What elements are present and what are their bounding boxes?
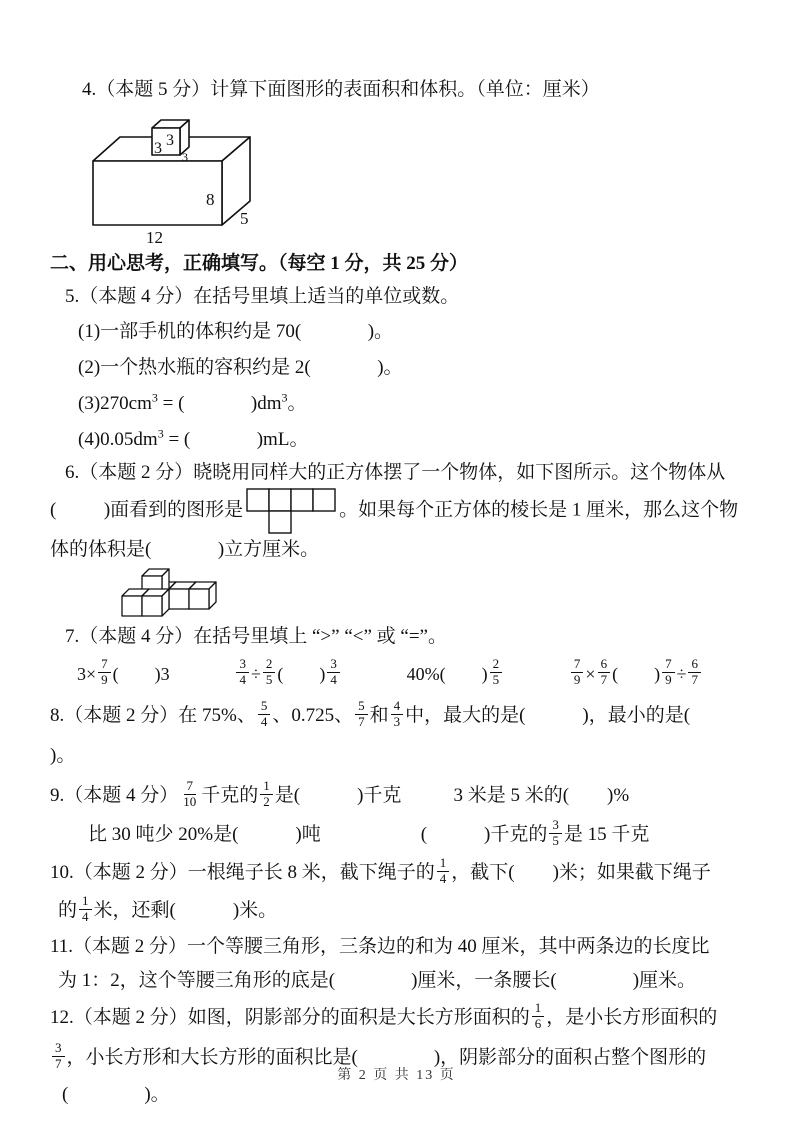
cube-front-label: 3 — [154, 140, 162, 157]
question-6-line-3: 体的体积是( )立方厘米。 — [50, 534, 748, 566]
question-9-line-2: 比 30 吨少 20%是( )吨( )千克的35是 15 千克 — [88, 816, 748, 854]
question-5-item-1: (1)一部手机的体积约是 70( )。 — [78, 314, 748, 350]
view-shape-figure — [246, 488, 336, 534]
fraction: 67 — [598, 657, 611, 688]
fraction: 54 — [258, 699, 271, 730]
comparison-item-4: 79×67( )79÷67 — [569, 659, 703, 690]
question-4-title: 4.（本题 5 分）计算下面图形的表面积和体积。（单位：厘米） — [82, 76, 748, 104]
view-square — [269, 511, 291, 533]
box-front-face — [93, 161, 222, 225]
section-2-text: 二、用心思考，正确填写。（每空 1 分，共 25 分） — [50, 253, 468, 274]
exam-page: 4.（本题 5 分）计算下面图形的表面积和体积。（单位：厘米） 3 3 3 — [0, 0, 793, 1122]
page-content: 4.（本题 5 分）计算下面图形的表面积和体积。（单位：厘米） 3 3 3 — [0, 0, 793, 1112]
comparison-item-1: 3×79( )3 — [77, 659, 170, 690]
box-depth-label: 5 — [240, 209, 249, 228]
question-5-item-2: (2)一个热水瓶的容积约是 2( )。 — [78, 350, 748, 386]
question-8: 8.（本题 2 分）在 75%、54、0.725、57和43中，最大的是( )，… — [50, 696, 748, 776]
box-width-label: 12 — [146, 228, 163, 247]
page-number-footer: 第 2 页 共 13 页 — [0, 1064, 793, 1084]
question-5-item-3: (3)270cm3 = ( )dm3。 — [78, 386, 748, 422]
question-7-title: 7.（本题 4 分）在括号里填上 “>” “<” 或 “=”。 — [65, 622, 748, 652]
question-12-line-1: 12.（本题 2 分）如图，阴影部分的面积是大长方形面积的16，是小长方形面积的 — [50, 998, 748, 1038]
fraction: 34 — [236, 657, 249, 688]
question-5-title: 5.（本题 4 分）在括号里填上适当的单位或数。 — [65, 280, 748, 314]
view-square — [313, 489, 335, 511]
fraction: 16 — [532, 1001, 545, 1032]
fraction: 34 — [327, 657, 340, 688]
cube-depth-label: 3 — [182, 150, 188, 164]
question-11-line-1: 11.（本题 2 分）一个等腰三角形，三条边的和为 40 厘米，其中两条边的长度… — [50, 930, 748, 964]
fraction: 57 — [355, 699, 368, 730]
front-cube-middle — [142, 589, 169, 616]
fraction: 25 — [263, 657, 276, 688]
back-cube-3 — [189, 582, 216, 609]
question-6-figure — [112, 568, 748, 620]
fraction: 12 — [260, 779, 273, 810]
fraction: 25 — [490, 657, 503, 688]
cube-top-label: 3 — [166, 132, 174, 149]
stacked-cubes-figure — [112, 568, 222, 620]
fraction: 79 — [98, 657, 111, 688]
fraction: 14 — [437, 856, 450, 887]
question-9-line-1: 9.（本题 4 分）710千克的12是( )千克3 米是 5 米的( )% — [50, 776, 748, 816]
question-11-line-2: 为 1：2，这个等腰三角形的底是( )厘米，一条腰长( )厘米。 — [58, 964, 748, 998]
fraction: 43 — [391, 699, 404, 730]
question-4-text: 4.（本题 5 分）计算下面图形的表面积和体积。（单位：厘米） — [82, 79, 600, 100]
fraction: 79 — [662, 657, 675, 688]
view-square — [269, 489, 291, 511]
view-square — [247, 489, 269, 511]
box-height-label: 8 — [206, 190, 215, 209]
question-5-item-4: (4)0.05dm3 = ( )mL。 — [78, 422, 748, 458]
fraction: 79 — [571, 657, 584, 688]
view-square — [291, 489, 313, 511]
fraction: 710 — [180, 779, 199, 810]
question-6-line-2: ( )面看到的图形是。如果每个正方体的棱长是 1 厘米，那么这个物 — [50, 488, 748, 534]
question-10-line-1: 10.（本题 2 分）一根绳子长 8 米，截下绳子的14，截下( )米；如果截下… — [50, 854, 748, 892]
section-2-title: 二、用心思考，正确填写。（每空 1 分，共 25 分） — [50, 248, 748, 280]
fraction: 14 — [79, 894, 92, 925]
question-4-figure: 3 3 3 8 5 12 — [70, 108, 748, 246]
comparison-item-3: 40%( )25 — [407, 659, 504, 690]
comparison-item-2: 34÷25( )34 — [234, 659, 341, 690]
question-6-line-1: 6.（本题 2 分）晓晓用同样大的正方体摆了一个物体，如下图所示。这个物体从 — [65, 458, 748, 488]
fraction: 35 — [549, 818, 562, 849]
box-with-cube-figure: 3 3 3 8 5 12 — [70, 108, 285, 246]
question-7-items: 3×79( )3 34÷25( )34 40%( )25 79×67( )79÷… — [77, 652, 703, 696]
question-10-line-2: 的14米，还剩( )米。 — [58, 892, 748, 930]
fraction: 67 — [688, 657, 701, 688]
